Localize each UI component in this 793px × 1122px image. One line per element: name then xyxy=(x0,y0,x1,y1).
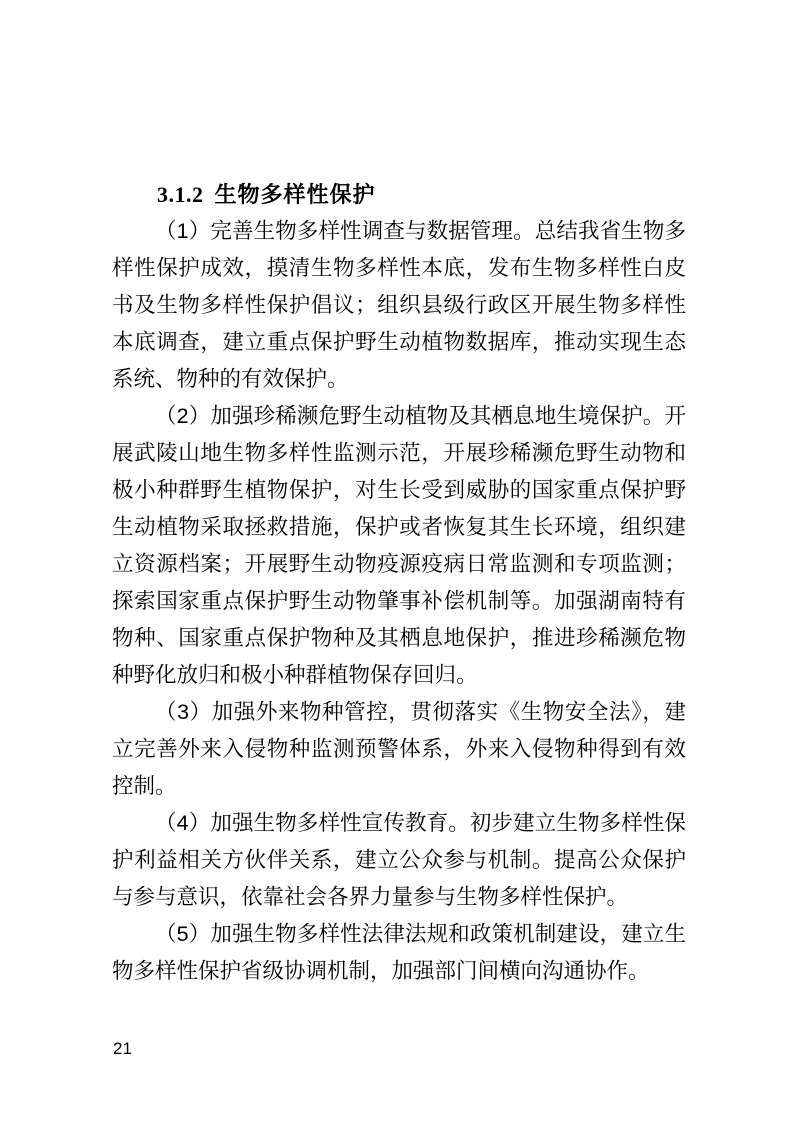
section-heading: 3.1.2生物多样性保护 xyxy=(112,176,686,213)
body-paragraph-5: （5）加强生物多样性法律法规和政策机制建设，建立生物多样性保护省级协调机制，加强… xyxy=(112,916,686,990)
body-paragraph-1: （1）完善生物多样性调查与数据管理。总结我省生物多样性保护成效，摸清生物多样性本… xyxy=(112,213,686,398)
section-heading-number: 3.1.2 xyxy=(157,182,204,207)
page-number: 21 xyxy=(113,1037,132,1061)
body-paragraph-2: （2）加强珍稀濒危野生动植物及其栖息地生境保护。开展武陵山地生物多样性监测示范，… xyxy=(112,398,686,694)
section-heading-title: 生物多样性保护 xyxy=(215,182,376,207)
page-content: 3.1.2生物多样性保护 （1）完善生物多样性调查与数据管理。总结我省生物多样性… xyxy=(112,176,686,990)
body-paragraph-3: （3）加强外来物种管控，贯彻落实《生物安全法》，建立完善外来入侵物种监测预警体系… xyxy=(112,694,686,805)
document-page: 3.1.2生物多样性保护 （1）完善生物多样性调查与数据管理。总结我省生物多样性… xyxy=(0,0,793,1122)
body-paragraph-4: （4）加强生物多样性宣传教育。初步建立生物多样性保护利益相关方伙伴关系，建立公众… xyxy=(112,805,686,916)
